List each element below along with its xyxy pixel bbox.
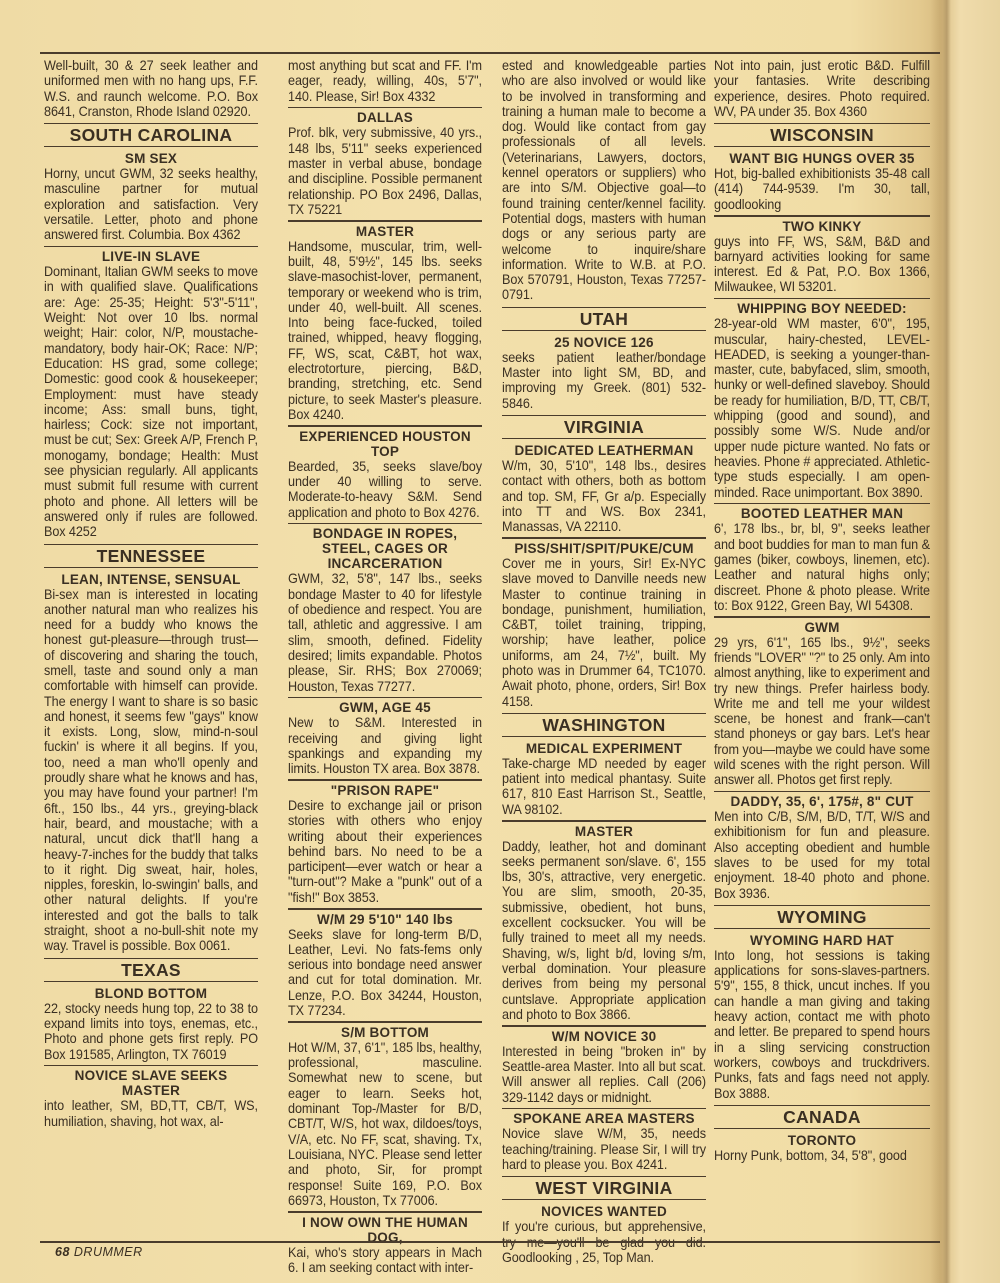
- classified-ad: most anything but scat and FF. I'm eager…: [288, 58, 482, 106]
- ad-body: most anything but scat and FF. I'm eager…: [288, 58, 482, 106]
- ad-heading: SM SEX: [44, 151, 258, 166]
- classified-ad: GWM, AGE 45New to S&M. Interested in rec…: [288, 700, 482, 778]
- ad-heading: GWM, AGE 45: [288, 700, 482, 715]
- magazine-name: DRUMMER: [74, 1245, 143, 1259]
- state-heading: CANADA: [714, 1105, 930, 1129]
- ad-body: guys into FF, WS, S&M, B&D and barnyard …: [714, 234, 930, 297]
- ad-body: Seeks slave for long-term B/D, Leather, …: [288, 927, 482, 1021]
- ad-heading: MEDICAL EXPERIMENT: [502, 741, 706, 756]
- ad-body: Prof. blk, very submissive, 40 yrs., 148…: [288, 125, 482, 219]
- classified-ad: DADDY, 35, 6', 175#, 8" CUTMen into C/B,…: [714, 794, 930, 903]
- state-heading: WEST VIRGINIA: [502, 1176, 706, 1200]
- classified-ad: ested and knowledgeable parties who are …: [502, 58, 706, 305]
- ad-heading: LEAN, INTENSE, SENSUAL: [44, 572, 258, 587]
- ad-heading: BONDAGE IN ROPES, STEEL, CAGES OR INCARC…: [288, 526, 482, 571]
- ad-body: Cover me in yours, Sir! Ex-NYC slave mov…: [502, 556, 706, 711]
- ad-heading: DEDICATED LEATHERMAN: [502, 443, 706, 458]
- ad-body: 28-year-old WM master, 6'0", 195, muscul…: [714, 316, 930, 502]
- classified-ad: 25 NOVICE 126seeks patient leather/bonda…: [502, 335, 706, 413]
- ad-heading: BLOND BOTTOM: [44, 986, 258, 1001]
- ad-heading: DADDY, 35, 6', 175#, 8" CUT: [714, 794, 930, 809]
- ad-heading: WYOMING HARD HAT: [714, 933, 930, 948]
- classified-ad: WYOMING HARD HATInto long, hot sessions …: [714, 933, 930, 1103]
- ad-heading: MASTER: [288, 224, 482, 239]
- ad-divider: [714, 215, 930, 217]
- state-heading: WISCONSIN: [714, 123, 930, 147]
- ad-body: Well-built, 30 & 27 seek leather and uni…: [44, 58, 258, 121]
- state-heading: TENNESSEE: [44, 544, 258, 568]
- ad-divider: [502, 1108, 706, 1110]
- ad-divider: [288, 220, 482, 222]
- classified-ad: LEAN, INTENSE, SENSUALBi-sex man is inte…: [44, 572, 258, 956]
- classified-ad: GWM29 yrs, 6'1", 165 lbs., 9½", seeks fr…: [714, 620, 930, 790]
- classified-columns: Well-built, 30 & 27 seek leather and uni…: [42, 58, 926, 1228]
- classified-ad: BOOTED LEATHER MAN6', 178 lbs., br, bl, …: [714, 506, 930, 615]
- ad-divider: [502, 537, 706, 539]
- ad-heading: MASTER: [502, 824, 706, 839]
- classified-ad: EXPERIENCED HOUSTON TOPBearded, 35, seek…: [288, 429, 482, 522]
- state-heading: SOUTH CAROLINA: [44, 123, 258, 147]
- ad-body: into leather, SM, BD,TT, CB/T, WS, humil…: [44, 1098, 258, 1131]
- ad-body: Horny, uncut GWM, 32 seeks healthy, masc…: [44, 166, 258, 244]
- ad-heading: NOVICES WANTED: [502, 1204, 706, 1219]
- classified-ad: MEDICAL EXPERIMENTTake-charge MD needed …: [502, 741, 706, 819]
- ad-heading: W/M NOVICE 30: [502, 1029, 706, 1044]
- page-number: 68: [55, 1245, 70, 1259]
- classified-ad: BONDAGE IN ROPES, STEEL, CAGES OR INCARC…: [288, 526, 482, 695]
- classified-ad: LIVE-IN SLAVEDominant, Italian GWM seeks…: [44, 249, 258, 541]
- ad-body: Horny Punk, bottom, 34, 5'8", good: [714, 1148, 930, 1165]
- ad-heading: SPOKANE AREA MASTERS: [502, 1111, 706, 1126]
- classified-ad: Well-built, 30 & 27 seek leather and uni…: [44, 58, 258, 121]
- ad-divider: [502, 1025, 706, 1027]
- ad-divider: [288, 1021, 482, 1023]
- ad-body: seeks patient leather/bondage Master int…: [502, 350, 706, 413]
- classified-ad: NOVICES WANTEDIf you're curious, but app…: [502, 1204, 706, 1267]
- ad-heading: TWO KINKY: [714, 219, 930, 234]
- ad-body: If you're curious, but apprehensive, try…: [502, 1219, 706, 1267]
- ad-body: Bi-sex man is interested in locating ano…: [44, 587, 258, 956]
- classified-ad: NOVICE SLAVE SEEKS MASTERinto leather, S…: [44, 1068, 258, 1131]
- classified-ad: TWO KINKYguys into FF, WS, S&M, B&D and …: [714, 219, 930, 297]
- ad-heading: 25 NOVICE 126: [502, 335, 706, 350]
- ad-heading: W/M 29 5'10" 140 lbs: [288, 912, 482, 927]
- ad-body: Into long, hot sessions is taking applic…: [714, 948, 930, 1103]
- ad-divider: [288, 908, 482, 910]
- classified-ad: Not into pain, just erotic B&D. Fulfill …: [714, 58, 930, 121]
- ad-body: New to S&M. Interested in receiving and …: [288, 715, 482, 778]
- classified-ad: DALLASProf. blk, very submissive, 40 yrs…: [288, 110, 482, 219]
- ad-divider: [714, 298, 930, 300]
- ad-body: Take-charge MD needed by eager patient i…: [502, 756, 706, 819]
- ad-divider: [288, 697, 482, 699]
- classified-ad: SM SEXHorny, uncut GWM, 32 seeks healthy…: [44, 151, 258, 244]
- ad-body: Not into pain, just erotic B&D. Fulfill …: [714, 58, 930, 121]
- classified-ad: S/M BOTTOMHot W/M, 37, 6'1", 185 lbs, he…: [288, 1025, 482, 1210]
- classified-ad: W/M NOVICE 30Interested in being "broken…: [502, 1029, 706, 1107]
- ad-divider: [288, 779, 482, 781]
- ad-heading: BOOTED LEATHER MAN: [714, 506, 930, 521]
- ad-divider: [288, 1211, 482, 1213]
- ad-heading: WANT BIG HUNGS OVER 35: [714, 151, 930, 166]
- classified-ad: WANT BIG HUNGS OVER 35Hot, big-balled ex…: [714, 151, 930, 214]
- classified-ad: MASTERHandsome, muscular, trim, well-bui…: [288, 224, 482, 425]
- ad-heading: DALLAS: [288, 110, 482, 125]
- ad-heading: NOVICE SLAVE SEEKS MASTER: [44, 1068, 258, 1098]
- classified-ad: W/M 29 5'10" 140 lbsSeeks slave for long…: [288, 912, 482, 1021]
- ad-body: 6', 178 lbs., br, bl, 9", seeks leather …: [714, 521, 930, 615]
- ad-heading: LIVE-IN SLAVE: [44, 249, 258, 264]
- ad-divider: [714, 503, 930, 505]
- ad-heading: GWM: [714, 620, 930, 635]
- classified-ad: MASTERDaddy, leather, hot and dominant s…: [502, 824, 706, 1025]
- ad-body: Novice slave W/M, 35, needs teaching/tra…: [502, 1126, 706, 1174]
- ad-heading: TORONTO: [714, 1133, 930, 1148]
- state-heading: UTAH: [502, 307, 706, 331]
- column-2: most anything but scat and FF. I'm eager…: [266, 58, 482, 1277]
- ad-divider: [44, 1065, 258, 1067]
- classified-ad: TORONTOHorny Punk, bottom, 34, 5'8", goo…: [714, 1133, 930, 1165]
- ad-body: Hot W/M, 37, 6'1", 185 lbs, healthy, pro…: [288, 1040, 482, 1210]
- ad-divider: [288, 523, 482, 525]
- page-binding-shadow: [930, 0, 1000, 1283]
- page-folio: 68 DRUMMER: [55, 1245, 143, 1259]
- ad-body: Men into C/B, S/M, B/D, T/T, W/S and exh…: [714, 809, 930, 903]
- ad-body: Kai, who's story appears in Mach 6. I am…: [288, 1245, 482, 1278]
- classified-ad: WHIPPING BOY NEEDED:28-year-old WM maste…: [714, 301, 930, 502]
- ad-heading: S/M BOTTOM: [288, 1025, 482, 1040]
- classified-ad: SPOKANE AREA MASTERSNovice slave W/M, 35…: [502, 1111, 706, 1174]
- column-4: Not into pain, just erotic B&D. Fulfill …: [714, 58, 930, 1277]
- ad-body: Handsome, muscular, trim, well-built, 48…: [288, 239, 482, 425]
- state-heading: VIRGINIA: [502, 415, 706, 439]
- ad-body: W/m, 30, 5'10", 148 lbs., desires contac…: [502, 458, 706, 536]
- ad-body: GWM, 32, 5'8", 147 lbs., seeks bondage M…: [288, 571, 482, 695]
- ad-body: Interested in being "broken in" by Seatt…: [502, 1044, 706, 1107]
- ad-divider: [288, 107, 482, 109]
- state-heading: WASHINGTON: [502, 713, 706, 737]
- column-1: Well-built, 30 & 27 seek leather and uni…: [42, 58, 258, 1277]
- top-rule: [40, 52, 940, 54]
- classified-ad: PISS/SHIT/SPIT/PUKE/CUMCover me in yours…: [502, 541, 706, 711]
- ad-body: Desire to exchange jail or prison storie…: [288, 798, 482, 907]
- ad-body: Dominant, Italian GWM seeks to move in w…: [44, 264, 258, 541]
- column-3: ested and knowledgeable parties who are …: [490, 58, 706, 1277]
- ad-body: 29 yrs, 6'1", 165 lbs., 9½", seeks frien…: [714, 635, 930, 790]
- ad-body: Bearded, 35, seeks slave/boy under 40 wi…: [288, 459, 482, 522]
- ad-body: Daddy, leather, hot and dominant seeks p…: [502, 839, 706, 1025]
- ad-body: Hot, big-balled exhibitionists 35-48 cal…: [714, 166, 930, 214]
- ad-divider: [714, 791, 930, 793]
- ad-heading: EXPERIENCED HOUSTON TOP: [288, 429, 482, 459]
- classified-ad: BLOND BOTTOM22, stocky needs hung top, 2…: [44, 986, 258, 1064]
- ad-heading: PISS/SHIT/SPIT/PUKE/CUM: [502, 541, 706, 556]
- state-heading: TEXAS: [44, 958, 258, 982]
- bottom-rule: [40, 1241, 940, 1243]
- ad-body: ested and knowledgeable parties who are …: [502, 58, 706, 305]
- classified-ad: "PRISON RAPE"Desire to exchange jail or …: [288, 783, 482, 907]
- ad-body: 22, stocky needs hung top, 22 to 38 to e…: [44, 1001, 258, 1064]
- classified-ad: I NOW OWN THE HUMAN DOG,Kai, who's story…: [288, 1215, 482, 1278]
- classified-ad: DEDICATED LEATHERMANW/m, 30, 5'10", 148 …: [502, 443, 706, 536]
- ad-divider: [44, 246, 258, 248]
- ad-divider: [714, 616, 930, 618]
- ad-heading: "PRISON RAPE": [288, 783, 482, 798]
- ad-heading: WHIPPING BOY NEEDED:: [714, 301, 930, 316]
- ad-divider: [288, 425, 482, 427]
- ad-divider: [502, 820, 706, 822]
- state-heading: WYOMING: [714, 905, 930, 929]
